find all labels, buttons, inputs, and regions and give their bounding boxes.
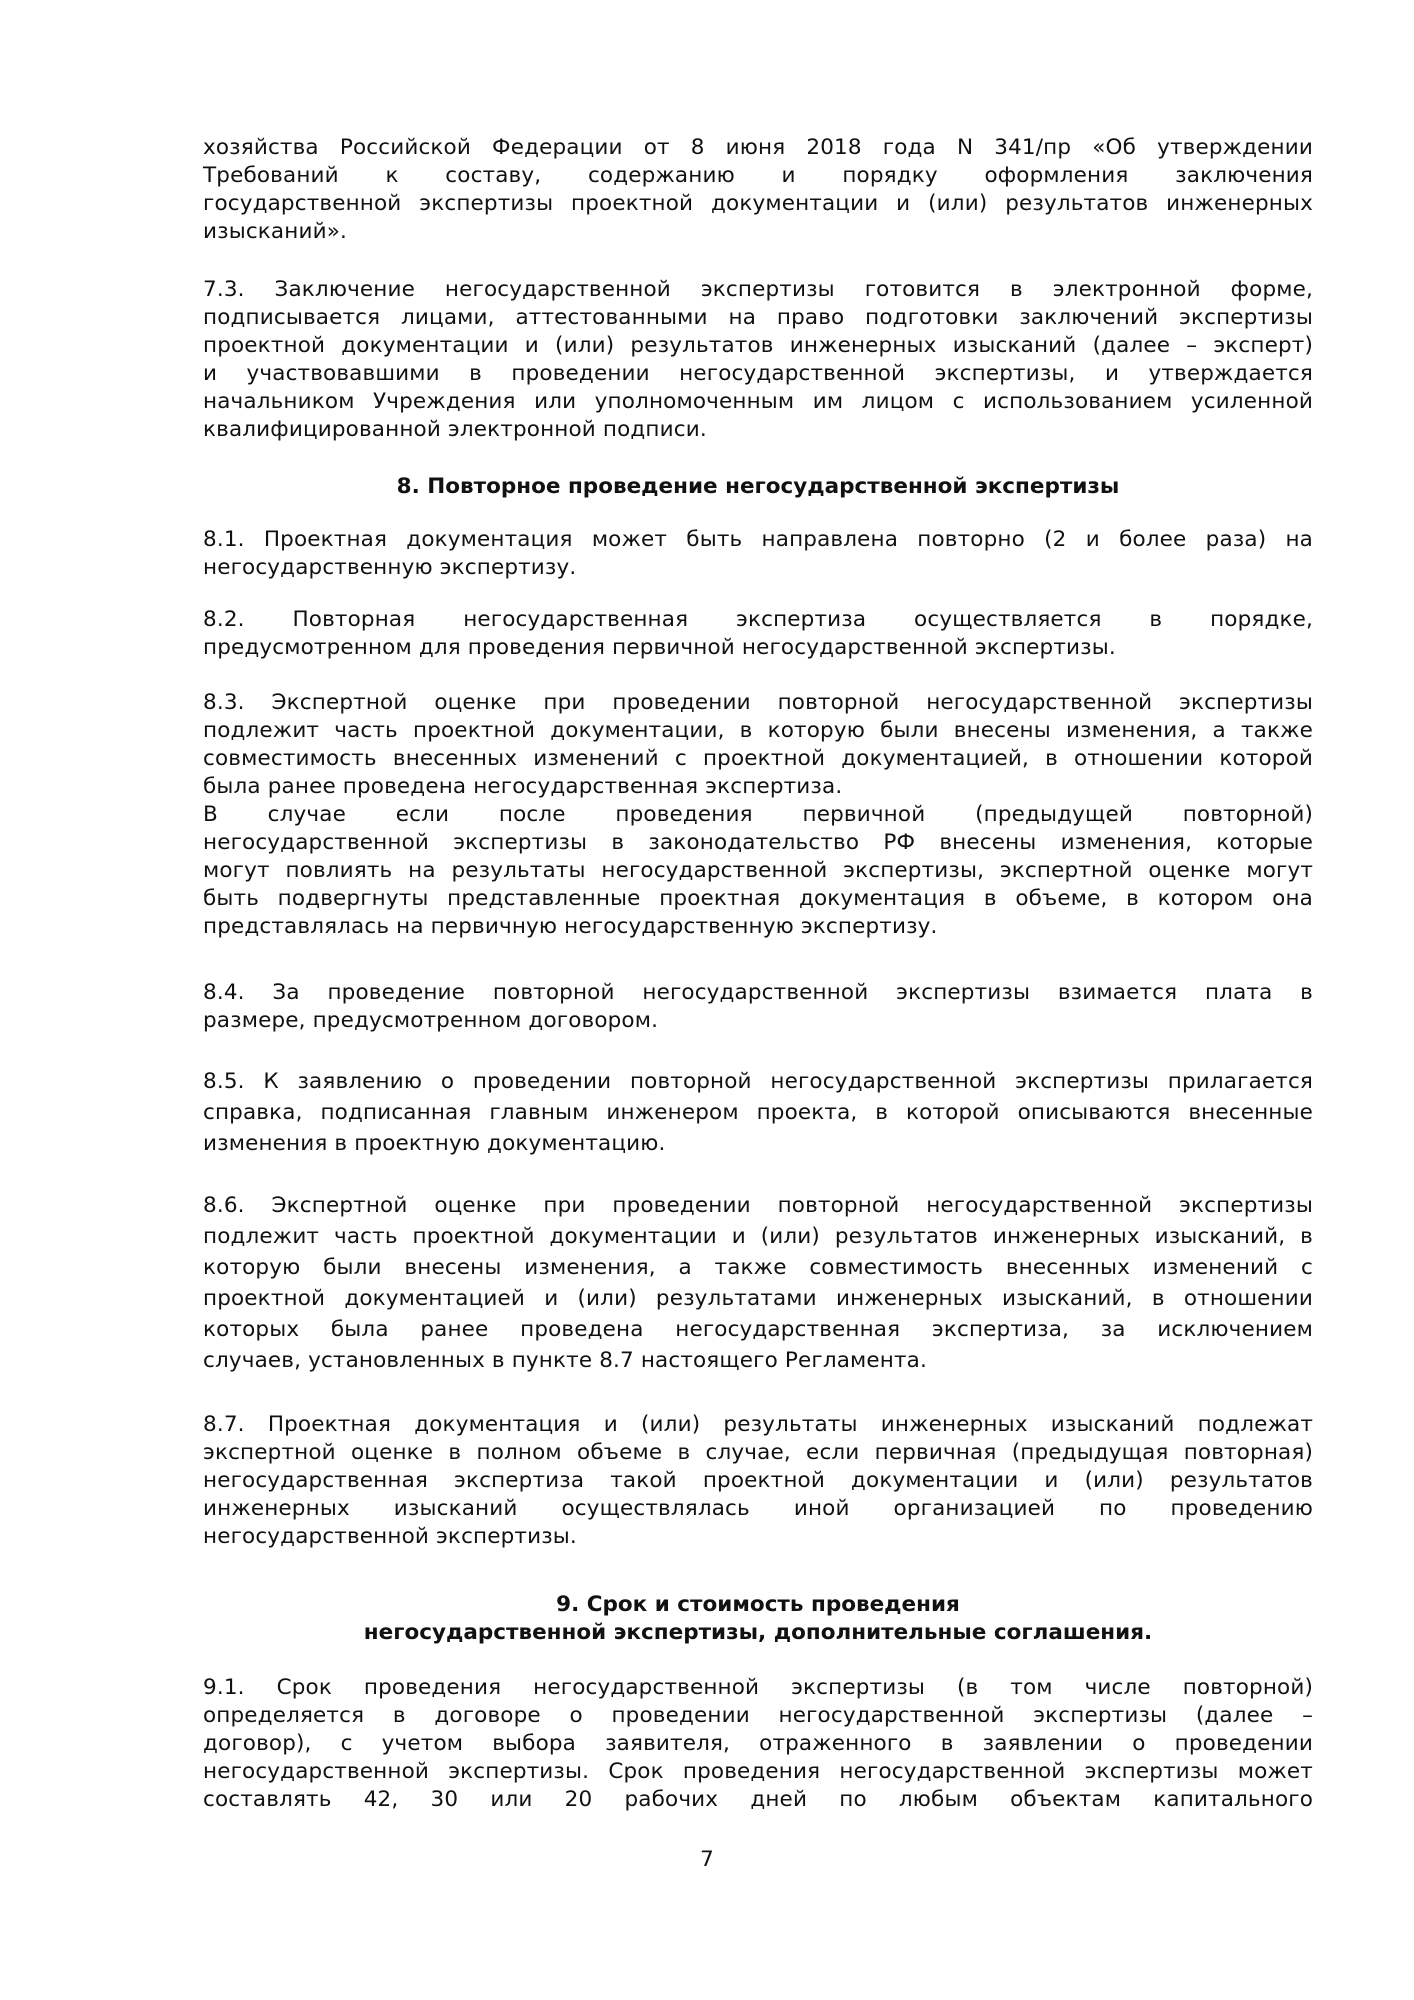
text-line: 8.1. Проектная документация может быть н…: [203, 526, 1313, 554]
text-line: предусмотренном для проведения первичной…: [203, 634, 1313, 662]
text-line: изысканий».: [203, 218, 1313, 246]
text-line: совместимость внесенных изменений с прое…: [203, 745, 1313, 773]
text-line: негосударственную экспертизу.: [203, 554, 1313, 582]
text-line: была ранее проведена негосударственная э…: [203, 773, 1313, 801]
text-line: экспертной оценке в полном объеме в случ…: [203, 1439, 1313, 1467]
text-line: государственной экспертизы проектной док…: [203, 190, 1313, 218]
text-line: и участвовавшими в проведении негосударс…: [203, 360, 1313, 388]
text-line: 8.4. За проведение повторной негосударст…: [203, 979, 1313, 1007]
paragraph-9-1: 9.1. Срок проведения негосударственной э…: [203, 1674, 1313, 1814]
paragraph-8-2: 8.2. Повторная негосударственная эксперт…: [203, 606, 1313, 662]
text-line: 8.2. Повторная негосударственная эксперт…: [203, 606, 1313, 634]
text-line: изменения в проектную документацию.: [203, 1128, 1313, 1159]
text-line: 8.3. Экспертной оценке при проведении по…: [203, 689, 1313, 717]
paragraph-8-4: 8.4. За проведение повторной негосударст…: [203, 979, 1313, 1035]
text-line: подписывается лицами, аттестованными на …: [203, 304, 1313, 332]
text-line: негосударственной экспертизы. Срок прове…: [203, 1758, 1313, 1786]
text-line: быть подвергнуты представленные проектна…: [203, 885, 1313, 913]
text-line: квалифицированной электронной подписи.: [203, 416, 1313, 444]
text-line: договор), с учетом выбора заявителя, отр…: [203, 1730, 1313, 1758]
text-line: инженерных изысканий осуществлялась иной…: [203, 1495, 1313, 1523]
text-line: начальником Учреждения или уполномоченны…: [203, 388, 1313, 416]
paragraph-7-3: 7.3. Заключение негосударственной экспер…: [203, 276, 1313, 444]
text-line: могут повлиять на результаты негосударст…: [203, 857, 1313, 885]
paragraph-8-1: 8.1. Проектная документация может быть н…: [203, 526, 1313, 582]
paragraph-8-7: 8.7. Проектная документация и (или) резу…: [203, 1411, 1313, 1551]
paragraph-8-5: 8.5. К заявлению о проведении повторной …: [203, 1066, 1313, 1159]
text-line: составлять 42, 30 или 20 рабочих дней по…: [203, 1786, 1313, 1814]
text-line: которую были внесены изменения, а также …: [203, 1252, 1313, 1283]
text-line: справка, подписанная главным инженером п…: [203, 1097, 1313, 1128]
section-heading-9-line1: 9. Срок и стоимость проведения: [203, 1591, 1313, 1619]
text-line: подлежит часть проектной документации и …: [203, 1221, 1313, 1252]
text-line: негосударственной экспертизы.: [203, 1523, 1313, 1551]
text-line: подлежит часть проектной документации, в…: [203, 717, 1313, 745]
page-number: 7: [0, 1846, 1414, 1874]
text-line: проектной документацией и (или) результа…: [203, 1283, 1313, 1314]
text-line: негосударственной экспертизы в законодат…: [203, 829, 1313, 857]
text-line: хозяйства Российской Федерации от 8 июня…: [203, 134, 1313, 162]
text-line: 9.1. Срок проведения негосударственной э…: [203, 1674, 1313, 1702]
text-line: случаев, установленных в пункте 8.7 наст…: [203, 1345, 1313, 1376]
paragraph-intro: хозяйства Российской Федерации от 8 июня…: [203, 134, 1313, 246]
text-line: В случае если после проведения первичной…: [203, 801, 1313, 829]
text-line: 7.3. Заключение негосударственной экспер…: [203, 276, 1313, 304]
document-page: хозяйства Российской Федерации от 8 июня…: [0, 0, 1414, 2000]
text-line: проектной документации и (или) результат…: [203, 332, 1313, 360]
paragraph-8-6: 8.6. Экспертной оценке при проведении по…: [203, 1190, 1313, 1376]
text-line: размере, предусмотренном договором.: [203, 1007, 1313, 1035]
text-line: 8.6. Экспертной оценке при проведении по…: [203, 1190, 1313, 1221]
text-line: 8.7. Проектная документация и (или) резу…: [203, 1411, 1313, 1439]
paragraph-8-3: 8.3. Экспертной оценке при проведении по…: [203, 689, 1313, 941]
text-line: 8.5. К заявлению о проведении повторной …: [203, 1066, 1313, 1097]
section-heading-9-line2: негосударственной экспертизы, дополнител…: [203, 1619, 1313, 1647]
text-line: определяется в договоре о проведении нег…: [203, 1702, 1313, 1730]
section-heading-8: 8. Повторное проведение негосударственно…: [203, 473, 1313, 501]
text-line: представлялась на первичную негосударств…: [203, 913, 1313, 941]
text-line: негосударственная экспертиза такой проек…: [203, 1467, 1313, 1495]
text-line: которых была ранее проведена негосударст…: [203, 1314, 1313, 1345]
text-line: Требований к составу, содержанию и поряд…: [203, 162, 1313, 190]
